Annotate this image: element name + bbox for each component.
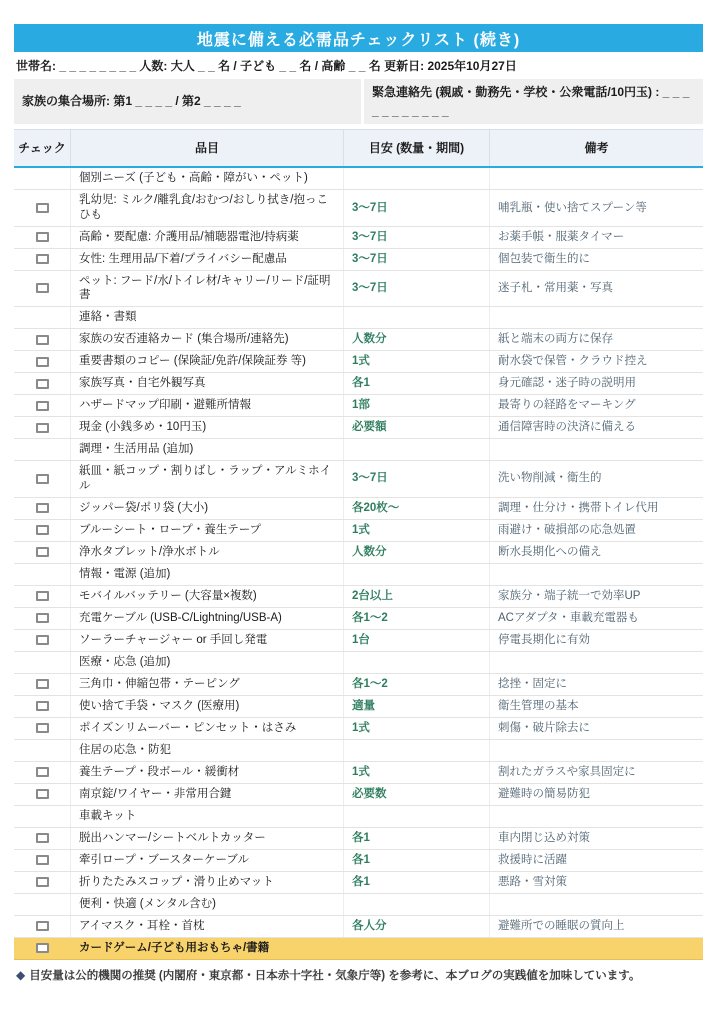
item-checkbox[interactable] — [36, 877, 49, 887]
column-header-quantity: 目安 (数量・期間) — [344, 130, 490, 166]
quantity-value: 必要数 — [344, 784, 490, 805]
checkbox-cell — [14, 249, 71, 270]
section-title: 医療・応急 (追加) — [71, 652, 344, 673]
quantity-value: 各1～2 — [344, 608, 490, 629]
quantity-value: 2台以上 — [344, 586, 490, 607]
item-name: 浄水タブレット/浄水ボトル — [71, 542, 344, 563]
item-checkbox[interactable] — [36, 283, 49, 293]
item-name: 折りたたみスコップ・滑り止めマット — [71, 872, 344, 893]
table-header-row: チェック 品目 目安 (数量・期間) 備考 — [14, 130, 703, 168]
note-text: 耐水袋で保管・クラウド控え — [490, 351, 703, 372]
item-checkbox[interactable] — [36, 254, 49, 264]
table-body: 個別ニーズ (子ども・高齢・障がい・ペット)乳幼児: ミルク/離乳食/おむつ/お… — [14, 168, 703, 959]
checkbox-cell — [14, 696, 71, 717]
quantity-value: 各1 — [344, 850, 490, 871]
checkbox-cell — [14, 395, 71, 416]
note-text — [490, 938, 703, 959]
checkbox-cell — [14, 271, 71, 306]
item-checkbox[interactable] — [36, 547, 49, 557]
table-row: 牽引ロープ・ブースターケーブル各1救援時に活躍 — [14, 850, 703, 872]
table-row: 使い捨て手袋・マスク (医療用)適量衛生管理の基本 — [14, 696, 703, 718]
note-text: ACアダプタ・車載充電器も — [490, 608, 703, 629]
checkbox-cell — [14, 461, 71, 496]
item-checkbox[interactable] — [36, 679, 49, 689]
checkbox-cell — [14, 168, 71, 189]
item-checkbox[interactable] — [36, 232, 49, 242]
checkbox-cell — [14, 894, 71, 915]
section-row: 調理・生活用品 (追加) — [14, 439, 703, 461]
table-row: ポイズンリムーバー・ピンセット・はさみ1式刺傷・破片除去に — [14, 718, 703, 740]
item-name: 家族の安否連絡カード (集合場所/連絡先) — [71, 329, 344, 350]
item-name: アイマスク・耳栓・首枕 — [71, 916, 344, 937]
emergency-contact-field: 緊急連絡先 (親戚・勤務先・学校・公衆電話/10円玉) : _ _ _ _ _ … — [364, 79, 703, 124]
meeting-place-field: 家族の集合場所: 第1 _ _ _ _ / 第2 _ _ _ _ — [14, 79, 361, 124]
checkbox-cell — [14, 740, 71, 761]
table-row: 現金 (小銭多め・10円玉)必要額通信障害時の決済に備える — [14, 417, 703, 439]
item-checkbox[interactable] — [36, 833, 49, 843]
quantity-value: 3～7日 — [344, 271, 490, 306]
section-row: 住居の応急・防犯 — [14, 740, 703, 762]
item-checkbox[interactable] — [36, 591, 49, 601]
note-text: 身元確認・迷子時の説明用 — [490, 373, 703, 394]
item-checkbox[interactable] — [36, 379, 49, 389]
quantity-value — [344, 439, 490, 460]
column-header-check: チェック — [14, 130, 71, 166]
note-text — [490, 652, 703, 673]
section-row: 情報・電源 (追加) — [14, 564, 703, 586]
note-text: 通信障害時の決済に備える — [490, 417, 703, 438]
item-checkbox[interactable] — [36, 701, 49, 711]
table-row: 重要書類のコピー (保険証/免許/保険証券 等)1式耐水袋で保管・クラウド控え — [14, 351, 703, 373]
table-row: 乳幼児: ミルク/離乳食/おむつ/おしり拭き/抱っこひも3～7日哺乳瓶・使い捨て… — [14, 190, 703, 226]
item-checkbox[interactable] — [36, 203, 49, 213]
column-header-item: 品目 — [71, 130, 344, 166]
title-bar: 地震に備える必需品チェックリスト (続き) — [14, 24, 703, 52]
item-checkbox[interactable] — [36, 357, 49, 367]
footnote: ◆目安量は公的機関の推奨 (内閣府・東京都・日本赤十字社・気象庁等) を参考に、… — [14, 967, 703, 983]
checkbox-cell — [14, 417, 71, 438]
note-text: 最寄りの経路をマーキング — [490, 395, 703, 416]
checkbox-cell — [14, 718, 71, 739]
section-title: 情報・電源 (追加) — [71, 564, 344, 585]
section-title: 調理・生活用品 (追加) — [71, 439, 344, 460]
table-row: ハザードマップ印刷・避難所情報1部最寄りの経路をマーキング — [14, 395, 703, 417]
note-text: お薬手帳・服薬タイマー — [490, 227, 703, 248]
checkbox-cell — [14, 307, 71, 328]
section-row: 個別ニーズ (子ども・高齢・障がい・ペット) — [14, 168, 703, 190]
item-name: 南京錠/ワイヤー・非常用合鍵 — [71, 784, 344, 805]
table-row: 家族写真・自宅外観写真各1身元確認・迷子時の説明用 — [14, 373, 703, 395]
quantity-value: 必要額 — [344, 417, 490, 438]
note-text: 調理・仕分け・携帯トイレ代用 — [490, 498, 703, 519]
section-row: 便利・快適 (メンタル含む) — [14, 894, 703, 916]
diamond-icon: ◆ — [16, 968, 25, 982]
item-name: ブルーシート・ロープ・養生テープ — [71, 520, 344, 541]
quantity-value — [344, 168, 490, 189]
checkbox-cell — [14, 608, 71, 629]
section-title: 個別ニーズ (子ども・高齢・障がい・ペット) — [71, 168, 344, 189]
item-checkbox[interactable] — [36, 503, 49, 513]
quantity-value: 1部 — [344, 395, 490, 416]
item-name: 女性: 生理用品/下着/プライバシー配慮品 — [71, 249, 344, 270]
item-checkbox[interactable] — [36, 767, 49, 777]
checklist-table: チェック 品目 目安 (数量・期間) 備考 個別ニーズ (子ども・高齢・障がい・… — [14, 129, 703, 959]
item-name: 高齢・要配慮: 介護用品/補聴器電池/持病薬 — [71, 227, 344, 248]
table-row: 高齢・要配慮: 介護用品/補聴器電池/持病薬3～7日お薬手帳・服薬タイマー — [14, 227, 703, 249]
note-text: 割れたガラスや家具固定に — [490, 762, 703, 783]
checkbox-cell — [14, 329, 71, 350]
table-row: アイマスク・耳栓・首枕各人分避難所での睡眠の質向上 — [14, 916, 703, 938]
checkbox-cell — [14, 542, 71, 563]
checkbox-cell — [14, 762, 71, 783]
item-checkbox[interactable] — [36, 525, 49, 535]
quantity-value: 3～7日 — [344, 249, 490, 270]
checkbox-cell — [14, 674, 71, 695]
checkbox-cell — [14, 872, 71, 893]
quantity-value: 1式 — [344, 718, 490, 739]
table-row: ペット: フード/水/トイレ材/キャリー/リード/証明書3～7日迷子札・常用薬・… — [14, 271, 703, 307]
checkbox-cell — [14, 351, 71, 372]
checkbox-cell — [14, 498, 71, 519]
quantity-value — [344, 652, 490, 673]
section-row: 医療・応急 (追加) — [14, 652, 703, 674]
item-name: 使い捨て手袋・マスク (医療用) — [71, 696, 344, 717]
quantity-value — [344, 307, 490, 328]
item-name: 乳幼児: ミルク/離乳食/おむつ/おしり拭き/抱っこひも — [71, 190, 344, 225]
section-row: 連絡・書類 — [14, 307, 703, 329]
note-text: 車内閉じ込め対策 — [490, 828, 703, 849]
checkbox-cell — [14, 439, 71, 460]
item-checkbox[interactable] — [36, 789, 49, 799]
note-text: 救援時に活躍 — [490, 850, 703, 871]
item-name: 脱出ハンマー/シートベルトカッター — [71, 828, 344, 849]
item-checkbox[interactable] — [36, 613, 49, 623]
page-title: 地震に備える必需品チェックリスト (続き) — [197, 27, 520, 50]
table-row: 南京錠/ワイヤー・非常用合鍵必要数避難時の簡易防犯 — [14, 784, 703, 806]
note-text: 避難所での睡眠の質向上 — [490, 916, 703, 937]
table-row: 脱出ハンマー/シートベルトカッター各1車内閉じ込め対策 — [14, 828, 703, 850]
item-name: 三角巾・伸縮包帯・テーピング — [71, 674, 344, 695]
section-title: 住居の応急・防犯 — [71, 740, 344, 761]
item-name: 重要書類のコピー (保険証/免許/保険証券 等) — [71, 351, 344, 372]
item-checkbox[interactable] — [36, 474, 49, 484]
quantity-value — [344, 894, 490, 915]
item-name: 現金 (小銭多め・10円玉) — [71, 417, 344, 438]
quantity-value: 各1 — [344, 828, 490, 849]
quantity-value: 人数分 — [344, 329, 490, 350]
table-row: ジッパー袋/ポリ袋 (大小)各20枚～調理・仕分け・携帯トイレ代用 — [14, 498, 703, 520]
quantity-value: 1式 — [344, 762, 490, 783]
checkbox-cell — [14, 564, 71, 585]
quantity-value: 各1 — [344, 373, 490, 394]
item-name: ハザードマップ印刷・避難所情報 — [71, 395, 344, 416]
item-checkbox[interactable] — [36, 855, 49, 865]
checkbox-cell — [14, 938, 71, 959]
note-text: 捻挫・固定に — [490, 674, 703, 695]
quantity-value: 各20枚～ — [344, 498, 490, 519]
item-checkbox[interactable] — [36, 335, 49, 345]
quantity-value: 適量 — [344, 696, 490, 717]
checklist-page: 地震に備える必需品チェックリスト (続き) 世帯名: _ _ _ _ _ _ _… — [0, 0, 716, 1024]
section-title: 便利・快適 (メンタル含む) — [71, 894, 344, 915]
quantity-value — [344, 740, 490, 761]
checkbox-cell — [14, 828, 71, 849]
table-row: 女性: 生理用品/下着/プライバシー配慮品3～7日個包装で衛生的に — [14, 249, 703, 271]
quantity-value: 3～7日 — [344, 461, 490, 496]
quantity-value: 3～7日 — [344, 227, 490, 248]
note-text: 悪路・雪対策 — [490, 872, 703, 893]
item-checkbox[interactable] — [36, 921, 49, 931]
footnote-text: 目安量は公的機関の推奨 (内閣府・東京都・日本赤十字社・気象庁等) を参考に、本… — [29, 970, 640, 982]
item-name: 牽引ロープ・ブースターケーブル — [71, 850, 344, 871]
quantity-value: 1台 — [344, 630, 490, 651]
table-row: 三角巾・伸縮包帯・テーピング各1～2捻挫・固定に — [14, 674, 703, 696]
note-text — [490, 307, 703, 328]
checkbox-cell — [14, 784, 71, 805]
quantity-value: 1式 — [344, 351, 490, 372]
quantity-value: 各1～2 — [344, 674, 490, 695]
table-row: モバイルバッテリー (大容量×複数)2台以上家族分・端子統一で効率UP — [14, 586, 703, 608]
quantity-value — [344, 564, 490, 585]
section-row: 車載キット — [14, 806, 703, 828]
table-row: 浄水タブレット/浄水ボトル人数分断水長期化への備え — [14, 542, 703, 564]
table-row: 紙皿・紙コップ・割りばし・ラップ・アルミホイル3～7日洗い物削減・衛生的 — [14, 461, 703, 497]
quantity-value: 各1 — [344, 872, 490, 893]
table-row: 養生テープ・段ボール・緩衝材1式割れたガラスや家具固定に — [14, 762, 703, 784]
note-text: 断水長期化への備え — [490, 542, 703, 563]
note-text — [490, 439, 703, 460]
checkbox-cell — [14, 916, 71, 937]
note-text — [490, 168, 703, 189]
quantity-value: 人数分 — [344, 542, 490, 563]
column-header-note: 備考 — [490, 130, 703, 166]
checkbox-cell — [14, 630, 71, 651]
item-name: ソーラーチャージャー or 手回し発電 — [71, 630, 344, 651]
note-text: 個包装で衛生的に — [490, 249, 703, 270]
item-name: 養生テープ・段ボール・緩衝材 — [71, 762, 344, 783]
checkbox-cell — [14, 806, 71, 827]
item-name: モバイルバッテリー (大容量×複数) — [71, 586, 344, 607]
section-title: 車載キット — [71, 806, 344, 827]
note-text: 哺乳瓶・使い捨てスプーン等 — [490, 190, 703, 225]
note-text — [490, 806, 703, 827]
item-name: ジッパー袋/ポリ袋 (大小) — [71, 498, 344, 519]
note-text: 迷子札・常用薬・写真 — [490, 271, 703, 306]
checkbox-cell — [14, 652, 71, 673]
item-name: ペット: フード/水/トイレ材/キャリー/リード/証明書 — [71, 271, 344, 306]
quantity-value: 3～7日 — [344, 190, 490, 225]
table-row: 家族の安否連絡カード (集合場所/連絡先)人数分紙と端末の両方に保存 — [14, 329, 703, 351]
item-checkbox[interactable] — [36, 723, 49, 733]
item-name: ポイズンリムーバー・ピンセット・はさみ — [71, 718, 344, 739]
table-row: 折りたたみスコップ・滑り止めマット各1悪路・雪対策 — [14, 872, 703, 894]
note-text: 雨避け・破損部の応急処置 — [490, 520, 703, 541]
table-row: ブルーシート・ロープ・養生テープ1式雨避け・破損部の応急処置 — [14, 520, 703, 542]
note-text: 刺傷・破片除去に — [490, 718, 703, 739]
table-row: ソーラーチャージャー or 手回し発電1台停電長期化に有効 — [14, 630, 703, 652]
table-row: 充電ケーブル (USB-C/Lightning/USB-A)各1～2ACアダプタ… — [14, 608, 703, 630]
checkbox-cell — [14, 586, 71, 607]
quantity-value: 各人分 — [344, 916, 490, 937]
note-text: 洗い物削減・衛生的 — [490, 461, 703, 496]
quantity-value — [344, 938, 490, 959]
meeting-emergency-box: 家族の集合場所: 第1 _ _ _ _ / 第2 _ _ _ _ 緊急連絡先 (… — [14, 79, 703, 124]
note-text: 避難時の簡易防犯 — [490, 784, 703, 805]
note-text: 紙と端末の両方に保存 — [490, 329, 703, 350]
household-info-line: 世帯名: _ _ _ _ _ _ _ _ 人数: 大人 _ _ 名 / 子ども … — [14, 52, 703, 78]
item-checkbox[interactable] — [36, 635, 49, 645]
item-checkbox[interactable] — [36, 943, 49, 953]
table-row: カードゲーム/子ども用おもちゃ/書籍 — [14, 938, 703, 960]
checkbox-cell — [14, 227, 71, 248]
quantity-value — [344, 806, 490, 827]
quantity-value: 1式 — [344, 520, 490, 541]
item-name: 家族写真・自宅外観写真 — [71, 373, 344, 394]
checkbox-cell — [14, 520, 71, 541]
note-text: 停電長期化に有効 — [490, 630, 703, 651]
item-name: 充電ケーブル (USB-C/Lightning/USB-A) — [71, 608, 344, 629]
note-text — [490, 564, 703, 585]
checkbox-cell — [14, 373, 71, 394]
checkbox-cell — [14, 850, 71, 871]
item-checkbox[interactable] — [36, 423, 49, 433]
section-title: 連絡・書類 — [71, 307, 344, 328]
note-text — [490, 740, 703, 761]
item-name: カードゲーム/子ども用おもちゃ/書籍 — [71, 938, 344, 959]
item-name: 紙皿・紙コップ・割りばし・ラップ・アルミホイル — [71, 461, 344, 496]
note-text — [490, 894, 703, 915]
note-text: 家族分・端子統一で効率UP — [490, 586, 703, 607]
item-checkbox[interactable] — [36, 401, 49, 411]
note-text: 衛生管理の基本 — [490, 696, 703, 717]
checkbox-cell — [14, 190, 71, 225]
